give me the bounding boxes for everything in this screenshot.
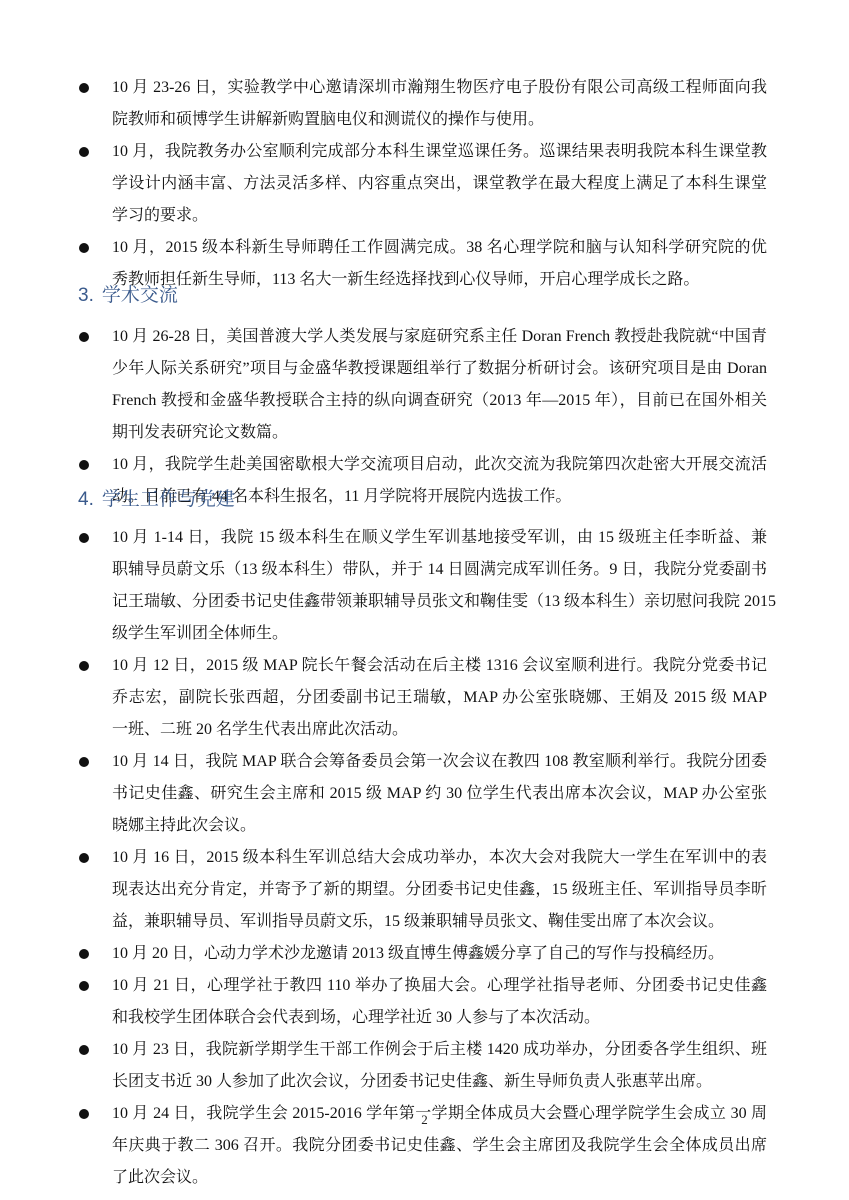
list-item: 10 月 23 日，我院新学期学生干部工作例会于后主楼 1420 成功举办，分团… — [76, 1034, 776, 1098]
text-line: 10 月 20 日，心动力学术沙龙邀请 2013 级直博生傅鑫媛分享了自己的写作… — [112, 938, 767, 970]
list-item: 10 月 26-28 日，美国普渡大学人类发展与家庭研究系主任 Doran Fr… — [76, 321, 776, 449]
text-line: French 教授和金盛华教授联合主持的纵向调查研究（2013 年—2015 年… — [112, 385, 767, 417]
section-heading-academic-exchange: 3.学术交流 — [78, 281, 178, 310]
section-number: 4. — [78, 489, 94, 510]
text-line: 益，兼职辅导员、军训指导员蔚文乐，15 级兼职辅导员张文、鞠佳雯出席了本次会议。 — [112, 906, 767, 938]
text-line: 学习的要求。 — [112, 200, 767, 232]
bullet-icon — [79, 661, 89, 671]
text-line: 书记史佳鑫、研究生会主席和 2015 级 MAP 约 30 位学生代表出席本次会… — [112, 778, 767, 810]
text-line: 秀教师担任新生导师，113 名大一新生经选择找到心仪导师，开启心理学成长之路。 — [112, 264, 767, 296]
text-line: 10 月 16 日，2015 级本科生军训总结大会成功举办，本次大会对我院大一学… — [112, 842, 767, 874]
text-line: 10 月 12 日，2015 级 MAP 院长午餐会活动在后主楼 1316 会议… — [112, 650, 767, 682]
text-line: 学设计内涵丰富、方法灵活多样、内容重点突出，课堂教学在最大程度上满足了本科生课堂 — [112, 168, 767, 200]
bullet-icon — [79, 853, 89, 863]
list-item: 10 月 14 日，我院 MAP 联合会筹备委员会第一次会议在教四 108 教室… — [76, 746, 776, 842]
section-title: 学术交流 — [102, 284, 178, 306]
bullet-icon — [79, 243, 89, 253]
text-line: 一班、二班 20 名学生代表出席此次活动。 — [112, 714, 767, 746]
bullet-icon — [79, 1045, 89, 1055]
text-line: 期刊发表研究论文数篇。 — [112, 417, 767, 449]
bullet-icon — [79, 147, 89, 157]
text-line: 10 月 21 日，心理学社于教四 110 举办了换届大会。心理学社指导老师、分… — [112, 970, 767, 1002]
text-line: 了此次会议。 — [112, 1162, 767, 1194]
section-heading-student-work: 4.学生工作与党建 — [78, 485, 235, 514]
list-item: 10 月，我院教务办公室顺利完成部分本科生课堂巡课任务。巡课结果表明我院本科生课… — [76, 136, 776, 232]
text-line: 10 月 23-26 日，实验教学中心邀请深圳市瀚翔生物医疗电子股份有限公司高级… — [112, 72, 767, 104]
text-line: 10 月，2015 级本科新生导师聘任工作圆满完成。38 名心理学院和脑与认知科… — [112, 232, 767, 264]
bullet-icon — [79, 757, 89, 767]
bullet-icon — [79, 949, 89, 959]
list-item: 10 月 1-14 日，我院 15 级本科生在顺义学生军训基地接受军训，由 15… — [76, 522, 776, 650]
list-item: 10 月 12 日，2015 级 MAP 院长午餐会活动在后主楼 1316 会议… — [76, 650, 776, 746]
section-student-work-list: 10 月 1-14 日，我院 15 级本科生在顺义学生军训基地接受军训，由 15… — [76, 522, 776, 1194]
section-number: 3. — [78, 285, 94, 306]
text-line: 院教师和硕博学生讲解新购置脑电仪和测谎仪的操作与使用。 — [112, 104, 767, 136]
bullet-icon — [79, 332, 89, 342]
text-line: 长团支书近 30 人参加了此次会议，分团委书记史佳鑫、新生导师负责人张惠苹出席。 — [112, 1066, 767, 1098]
text-line: 职辅导员蔚文乐（13 级本科生）带队，并于 14 日圆满完成军训任务。9 日，我… — [112, 554, 767, 586]
list-item: 10 月 21 日，心理学社于教四 110 举办了换届大会。心理学社指导老师、分… — [76, 970, 776, 1034]
document-page: 10 月 23-26 日，实验教学中心邀请深圳市瀚翔生物医疗电子股份有限公司高级… — [0, 0, 849, 1200]
text-line: 和我校学生团体联合会代表到场，心理学社近 30 人参与了本次活动。 — [112, 1002, 767, 1034]
text-line: 现表达出充分肯定，并寄予了新的期望。分团委书记史佳鑫，15 级班主任、军训指导员… — [112, 874, 767, 906]
text-line: 年庆典于教二 306 召开。我院分团委书记史佳鑫、学生会主席团及我院学生会全体成… — [112, 1130, 767, 1162]
text-line: 晓娜主持此次会议。 — [112, 810, 767, 842]
text-line: 记王瑞敏、分团委书记史佳鑫带领兼职辅导员张文和鞠佳雯（13 级本科生）亲切慰问我… — [112, 586, 767, 618]
text-line: 10 月，我院教务办公室顺利完成部分本科生课堂巡课任务。巡课结果表明我院本科生课… — [112, 136, 767, 168]
text-line: 10 月 23 日，我院新学期学生干部工作例会于后主楼 1420 成功举办，分团… — [112, 1034, 767, 1066]
text-line: 10 月 14 日，我院 MAP 联合会筹备委员会第一次会议在教四 108 教室… — [112, 746, 767, 778]
text-line: 乔志宏，副院长张西超，分团委副书记王瑞敏，MAP 办公室张晓娜、王娟及 2015… — [112, 682, 767, 714]
text-line: 10 月 1-14 日，我院 15 级本科生在顺义学生军训基地接受军训，由 15… — [112, 522, 767, 554]
bullet-icon — [79, 981, 89, 991]
list-item: 10 月 16 日，2015 级本科生军训总结大会成功举办，本次大会对我院大一学… — [76, 842, 776, 938]
section-teaching-list: 10 月 23-26 日，实验教学中心邀请深圳市瀚翔生物医疗电子股份有限公司高级… — [76, 72, 776, 296]
text-line: 10 月 26-28 日，美国普渡大学人类发展与家庭研究系主任 Doran Fr… — [112, 321, 767, 353]
text-line: 级学生军训团全体师生。 — [112, 618, 767, 650]
bullet-icon — [79, 83, 89, 93]
list-item: 10 月 23-26 日，实验教学中心邀请深圳市瀚翔生物医疗电子股份有限公司高级… — [76, 72, 776, 136]
bullet-icon — [79, 533, 89, 543]
text-line: 少年人际关系研究”项目与金盛华教授课题组举行了数据分析研讨会。该研究项目是由 D… — [112, 353, 767, 385]
text-line: 10 月，我院学生赴美国密歇根大学交流项目启动，此次交流为我院第四次赴密大开展交… — [112, 449, 767, 481]
bullet-icon — [79, 460, 89, 470]
list-item: 10 月 20 日，心动力学术沙龙邀请 2013 级直博生傅鑫媛分享了自己的写作… — [76, 938, 776, 970]
list-item: 10 月，2015 级本科新生导师聘任工作圆满完成。38 名心理学院和脑与认知科… — [76, 232, 776, 296]
page-number: 2 — [0, 1112, 849, 1128]
section-title: 学生工作与党建 — [102, 488, 235, 510]
